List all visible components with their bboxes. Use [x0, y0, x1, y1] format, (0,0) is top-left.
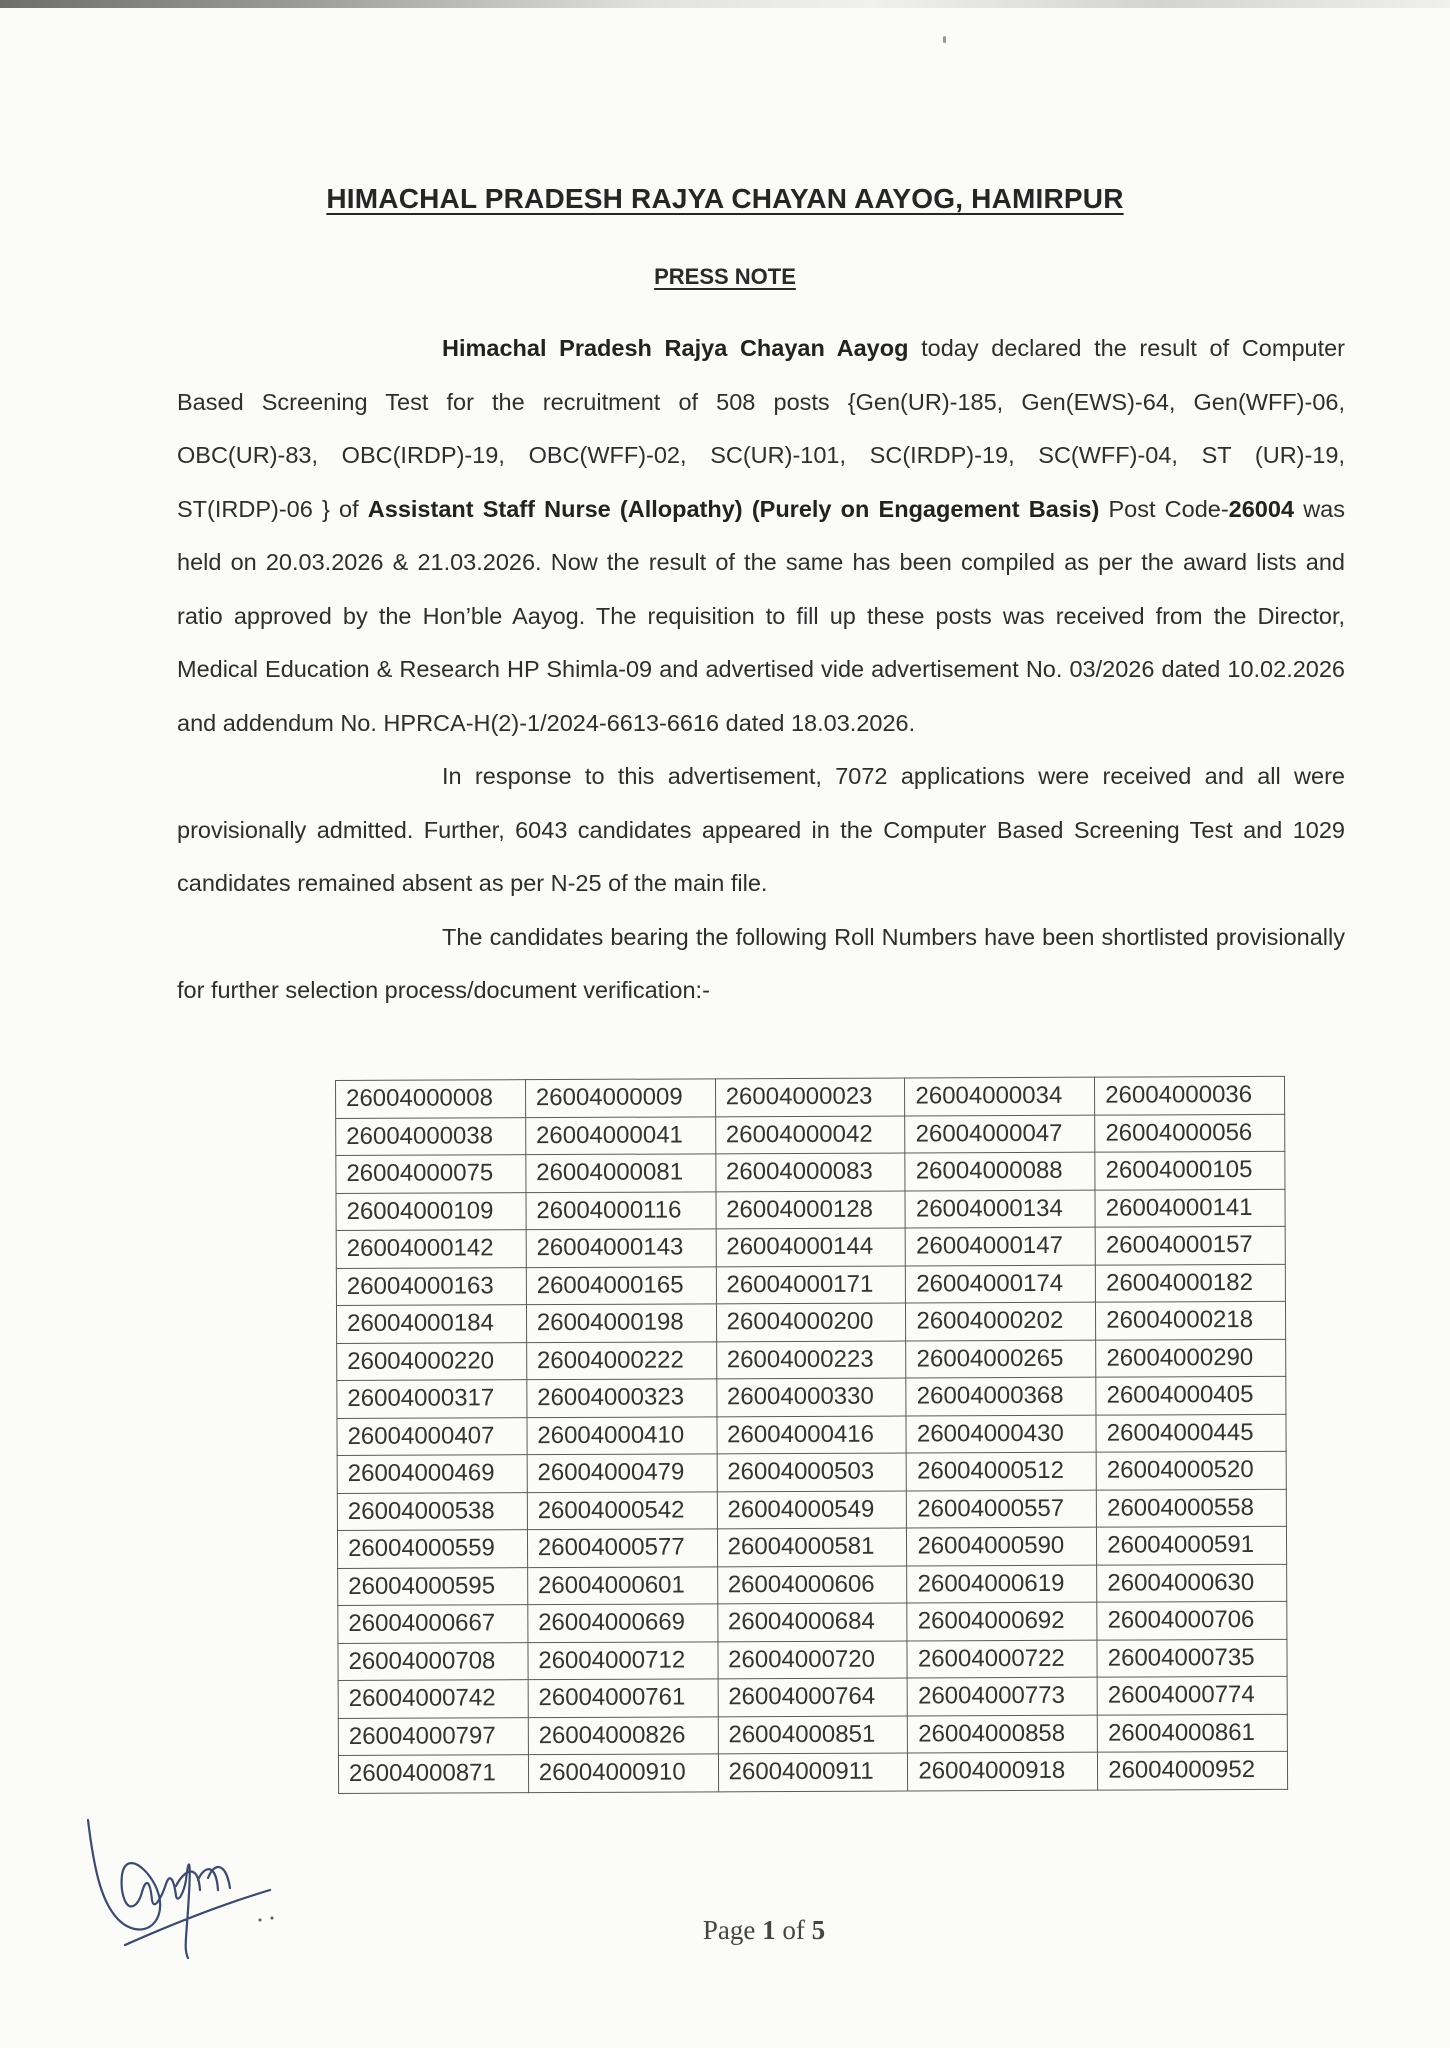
- table-row: 2600400059526004000601260040006062600400…: [338, 1564, 1287, 1606]
- roll-number-table: 2600400000826004000009260040000232600400…: [335, 1076, 1288, 1794]
- table-row: 2600400018426004000198260040002002600400…: [336, 1301, 1285, 1343]
- roll-number-cell: 26004000047: [905, 1115, 1095, 1153]
- roll-number-cell: 26004000851: [718, 1716, 908, 1754]
- roll-number-cell: 26004000198: [526, 1304, 716, 1342]
- roll-number-cell: 26004000218: [1096, 1301, 1286, 1339]
- roll-number-cell: 26004000134: [905, 1190, 1095, 1228]
- roll-number-cell: 26004000559: [337, 1530, 527, 1568]
- roll-number-cell: 26004000036: [1095, 1076, 1285, 1114]
- roll-number-cell: 26004000430: [906, 1415, 1096, 1453]
- roll-number-cell: 26004000405: [1096, 1376, 1286, 1414]
- table-row: 2600400022026004000222260040002232600400…: [337, 1339, 1286, 1381]
- roll-number-cell: 26004000128: [716, 1191, 906, 1229]
- roll-number-cell: 26004000469: [337, 1455, 527, 1493]
- roll-number-cell: 26004000083: [715, 1153, 905, 1191]
- roll-number-cell: 26004000330: [716, 1378, 906, 1416]
- roll-number-cell: 26004000116: [526, 1191, 716, 1229]
- roll-number-cell: 26004000601: [527, 1566, 717, 1604]
- roll-number-cell: 26004000595: [338, 1567, 528, 1605]
- roll-number-cell: 26004000143: [526, 1229, 716, 1267]
- roll-number-cell: 26004000410: [527, 1416, 717, 1454]
- roll-number-cell: 26004000558: [1096, 1489, 1286, 1527]
- roll-number-cell: 26004000619: [907, 1565, 1097, 1603]
- roll-number-cell: 26004000773: [908, 1677, 1098, 1715]
- roll-number-cell: 26004000222: [526, 1341, 716, 1379]
- paragraph-applications: In response to this advertisement, 7072 …: [177, 750, 1345, 911]
- roll-number-cell: 26004000667: [338, 1605, 528, 1643]
- roll-number-cell: 26004000858: [908, 1715, 1098, 1753]
- page-number: Page 1 of 5: [0, 1915, 1450, 1946]
- roll-number-cell: 26004000557: [907, 1490, 1097, 1528]
- roll-number-cell: 26004000520: [1096, 1451, 1286, 1489]
- roll-number-cell: 26004000911: [718, 1753, 908, 1791]
- roll-number-cell: 26004000008: [336, 1080, 526, 1118]
- paragraph-shortlisted: The candidates bearing the following Rol…: [177, 911, 1345, 1018]
- roll-number-cell: 26004000038: [336, 1117, 526, 1155]
- roll-number-cell: 26004000764: [718, 1678, 908, 1716]
- roll-number-cell: 26004000142: [336, 1230, 526, 1268]
- roll-number-cell: 26004000512: [907, 1452, 1097, 1490]
- roll-number-cell: 26004000174: [906, 1265, 1096, 1303]
- table-row: 2600400014226004000143260040001442600400…: [336, 1226, 1285, 1268]
- roll-number-cell: 26004000109: [336, 1192, 526, 1230]
- roll-number-cell: 26004000317: [337, 1380, 527, 1418]
- table-row: 2600400003826004000041260040000422600400…: [336, 1114, 1285, 1156]
- roll-number-cell: 26004000056: [1095, 1114, 1285, 1152]
- roll-number-cell: 26004000684: [717, 1603, 907, 1641]
- table-row: 2600400031726004000323260040003302600400…: [337, 1376, 1286, 1418]
- page-title: HIMACHAL PRADESH RAJYA CHAYAN AAYOG, HAM…: [0, 183, 1450, 215]
- roll-number-cell: 26004000184: [336, 1305, 526, 1343]
- paragraph-result-declaration: Himachal Pradesh Rajya Chayan Aayog toda…: [177, 322, 1345, 750]
- document-body: Himachal Pradesh Rajya Chayan Aayog toda…: [177, 322, 1345, 1018]
- roll-number-cell: 26004000630: [1097, 1564, 1287, 1602]
- roll-number-cell: 26004000722: [907, 1640, 1097, 1678]
- roll-number-cell: 26004000952: [1098, 1751, 1288, 1789]
- roll-number-cell: 26004000708: [338, 1642, 528, 1680]
- roll-number-cell: 26004000871: [338, 1755, 528, 1793]
- roll-number-cell: 26004000742: [338, 1680, 528, 1718]
- roll-number-cell: 26004000503: [717, 1453, 907, 1491]
- table-row: 2600400066726004000669260040006842600400…: [338, 1601, 1287, 1643]
- roll-number-cell: 26004000041: [525, 1116, 715, 1154]
- roll-number-cell: 26004000479: [527, 1454, 717, 1492]
- roll-number-cell: 26004000182: [1096, 1264, 1286, 1302]
- roll-number-cell: 26004000606: [717, 1566, 907, 1604]
- roll-number-cell: 26004000910: [528, 1754, 718, 1792]
- roll-number-cell: 26004000157: [1095, 1226, 1285, 1264]
- roll-number-cell: 26004000165: [526, 1266, 716, 1304]
- roll-number-cell: 26004000590: [907, 1527, 1097, 1565]
- roll-number-cell: 26004000144: [716, 1228, 906, 1266]
- roll-number-cell: 26004000088: [905, 1152, 1095, 1190]
- roll-number-cell: 26004000407: [337, 1417, 527, 1455]
- roll-number-cell: 26004000720: [718, 1641, 908, 1679]
- roll-number-cell: 26004000774: [1097, 1676, 1287, 1714]
- roll-number-cell: 26004000735: [1097, 1639, 1287, 1677]
- roll-number-cell: 26004000075: [336, 1155, 526, 1193]
- roll-number-cell: 26004000918: [908, 1752, 1098, 1790]
- roll-number-cell: 26004000581: [717, 1528, 907, 1566]
- roll-number-cell: 26004000200: [716, 1303, 906, 1341]
- roll-number-cell: 26004000081: [526, 1154, 716, 1192]
- table-row: 2600400079726004000826260040008512600400…: [338, 1714, 1287, 1756]
- table-row: 2600400016326004000165260040001712600400…: [336, 1264, 1285, 1306]
- roll-number-cell: 26004000416: [717, 1416, 907, 1454]
- roll-number-cell: 26004000147: [906, 1227, 1096, 1265]
- roll-number-cell: 26004000577: [527, 1529, 717, 1567]
- roll-number-cell: 26004000549: [717, 1491, 907, 1529]
- roll-number-cell: 26004000290: [1096, 1339, 1286, 1377]
- table-row: 2600400040726004000410260040004162600400…: [337, 1414, 1286, 1456]
- roll-number-cell: 26004000034: [905, 1077, 1095, 1115]
- table-row: 2600400010926004000116260040001282600400…: [336, 1189, 1285, 1231]
- scan-top-edge: [0, 0, 1450, 8]
- table-row: 2600400000826004000009260040000232600400…: [336, 1076, 1285, 1118]
- table-row: 2600400087126004000910260040009112600400…: [338, 1751, 1287, 1793]
- scan-speck: [943, 36, 946, 43]
- roll-number-cell: 26004000105: [1095, 1151, 1285, 1189]
- roll-number-cell: 26004000323: [527, 1379, 717, 1417]
- roll-number-cell: 26004000706: [1097, 1601, 1287, 1639]
- roll-number-cell: 26004000009: [525, 1079, 715, 1117]
- roll-number-cell: 26004000861: [1097, 1714, 1287, 1752]
- table-row: 2600400070826004000712260040007202600400…: [338, 1639, 1287, 1681]
- roll-number-cell: 26004000368: [906, 1377, 1096, 1415]
- table-row: 2600400055926004000577260040005812600400…: [337, 1526, 1286, 1568]
- roll-number-cell: 26004000797: [338, 1717, 528, 1755]
- roll-number-cell: 26004000202: [906, 1302, 1096, 1340]
- roll-number-cell: 26004000163: [336, 1267, 526, 1305]
- roll-number-cell: 26004000669: [528, 1604, 718, 1642]
- table-row: 2600400074226004000761260040007642600400…: [338, 1676, 1287, 1718]
- table-row: 2600400007526004000081260040000832600400…: [336, 1151, 1285, 1193]
- roll-number-cell: 26004000141: [1095, 1189, 1285, 1227]
- roll-number-cell: 26004000220: [337, 1342, 527, 1380]
- table-row: 2600400053826004000542260040005492600400…: [337, 1489, 1286, 1531]
- roll-number-cell: 26004000445: [1096, 1414, 1286, 1452]
- roll-number-cell: 26004000712: [528, 1641, 718, 1679]
- roll-number-cell: 26004000761: [528, 1679, 718, 1717]
- roll-number-cell: 26004000265: [906, 1340, 1096, 1378]
- roll-number-cell: 26004000542: [527, 1491, 717, 1529]
- roll-number-cell: 26004000042: [715, 1116, 905, 1154]
- roll-number-cell: 26004000023: [715, 1078, 905, 1116]
- press-note-heading: PRESS NOTE: [0, 264, 1450, 290]
- table-row: 2600400046926004000479260040005032600400…: [337, 1451, 1286, 1493]
- roll-number-cell: 26004000692: [907, 1602, 1097, 1640]
- roll-number-cell: 26004000591: [1097, 1526, 1287, 1564]
- roll-number-cell: 26004000538: [337, 1492, 527, 1530]
- roll-number-cell: 26004000223: [716, 1341, 906, 1379]
- roll-number-cell: 26004000171: [716, 1266, 906, 1304]
- roll-number-cell: 26004000826: [528, 1716, 718, 1754]
